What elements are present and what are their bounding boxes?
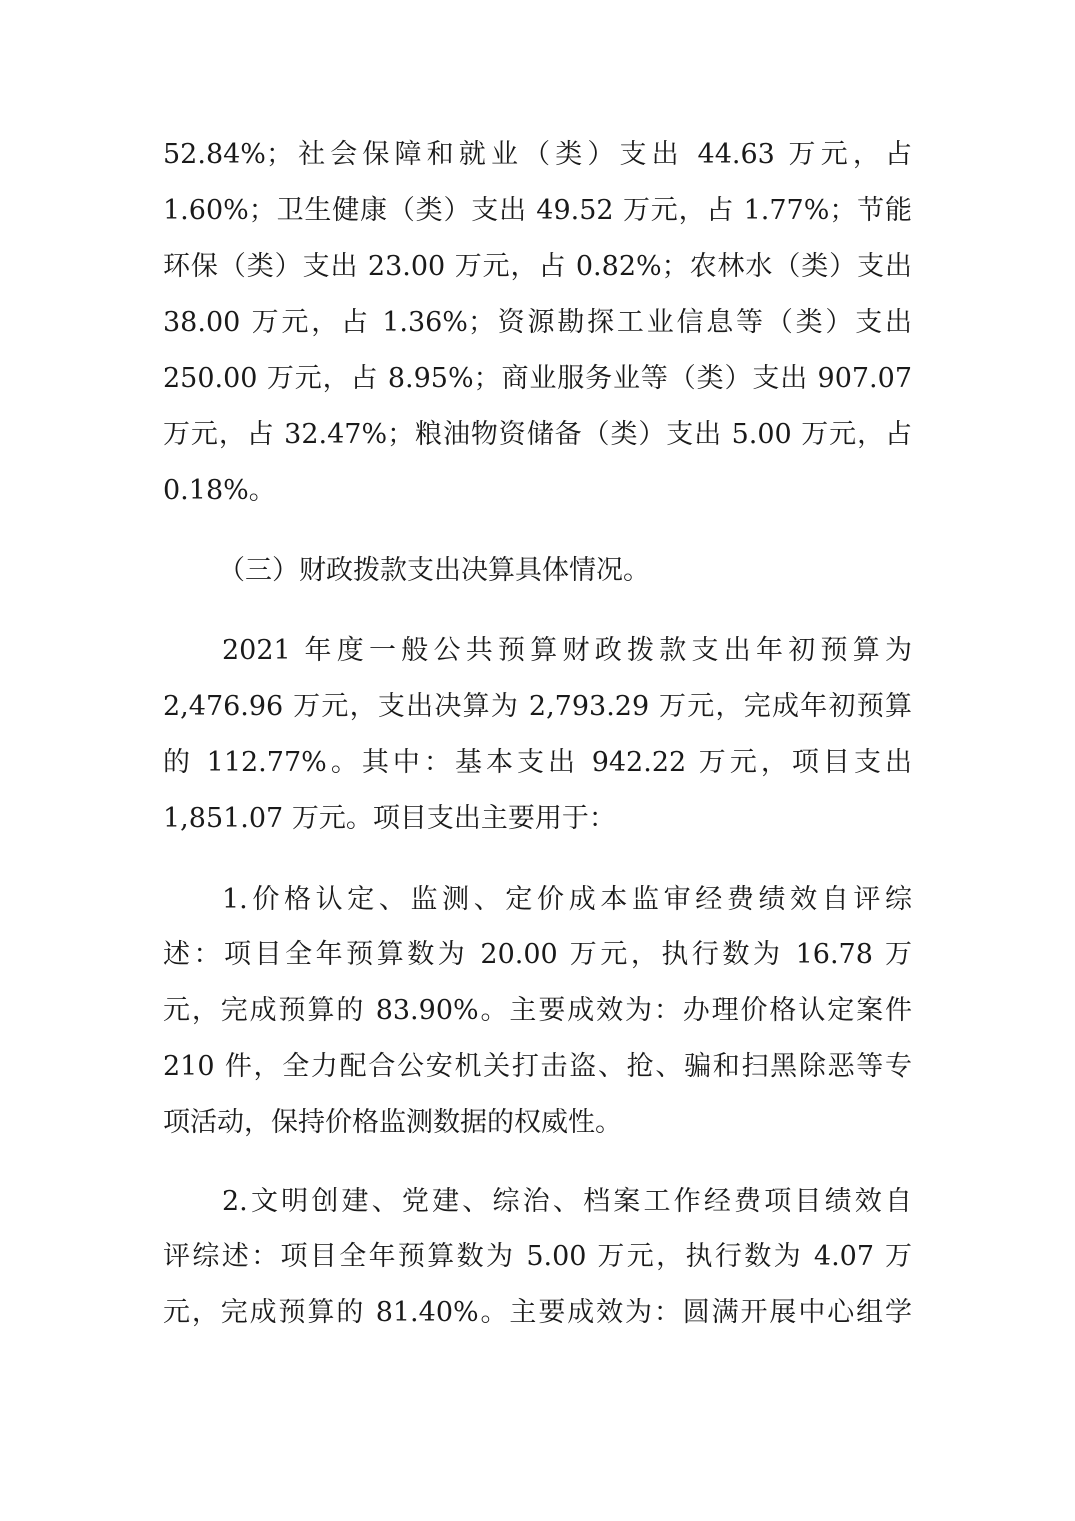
text-line: 52.84%；社会保障和就业（类）支出 44.63 万元，占 xyxy=(163,135,912,175)
text-line: 1.60%；卫生健康（类）支出 49.52 万元，占 1.77%；节能 xyxy=(163,191,912,231)
text-line: 2021 年度一般公共预算财政拨款支出年初预算为 xyxy=(222,631,912,671)
text-line: 环保（类）支出 23.00 万元，占 0.82%；农林水（类）支出 xyxy=(163,247,912,287)
text-line: 项活动，保持价格监测数据的权威性。 xyxy=(163,1103,912,1143)
text-line: 评综述：项目全年预算数为 5.00 万元，执行数为 4.07 万 xyxy=(163,1237,912,1277)
text-line: 1,851.07 万元。项目支出主要用于： xyxy=(163,799,912,839)
text-line: 0.18%。 xyxy=(163,471,912,511)
text-line: 元，完成预算的 83.90%。主要成效为：办理价格认定案件 xyxy=(163,991,912,1031)
text-line: 38.00 万元，占 1.36%；资源勘探工业信息等（类）支出 xyxy=(163,303,912,343)
text-line: 述：项目全年预算数为 20.00 万元，执行数为 16.78 万 xyxy=(163,935,912,975)
text-line: 2,476.96 万元，支出决算为 2,793.29 万元，完成年初预算 xyxy=(163,687,912,727)
text-line: 2.文明创建、党建、综治、档案工作经费项目绩效自 xyxy=(222,1182,912,1222)
text-line: 的 112.77%。其中：基本支出 942.22 万元，项目支出 xyxy=(163,743,912,783)
text-line: 210 件，全力配合公安机关打击盗、抢、骗和扫黑除恶等专 xyxy=(163,1047,912,1087)
document-page: 52.84%；社会保障和就业（类）支出 44.63 万元，占 1.60%；卫生健… xyxy=(0,0,1075,1521)
text-line: 1.价格认定、监测、定价成本监审经费绩效自评综 xyxy=(222,880,912,920)
text-line: 万元，占 32.47%；粮油物资储备（类）支出 5.00 万元，占 xyxy=(163,415,912,455)
section-heading: （三）财政拨款支出决算具体情况。 xyxy=(218,551,912,591)
text-line: 250.00 万元，占 8.95%；商业服务业等（类）支出 907.07 xyxy=(163,359,912,399)
text-line: 元，完成预算的 81.40%。主要成效为：圆满开展中心组学 xyxy=(163,1293,912,1333)
